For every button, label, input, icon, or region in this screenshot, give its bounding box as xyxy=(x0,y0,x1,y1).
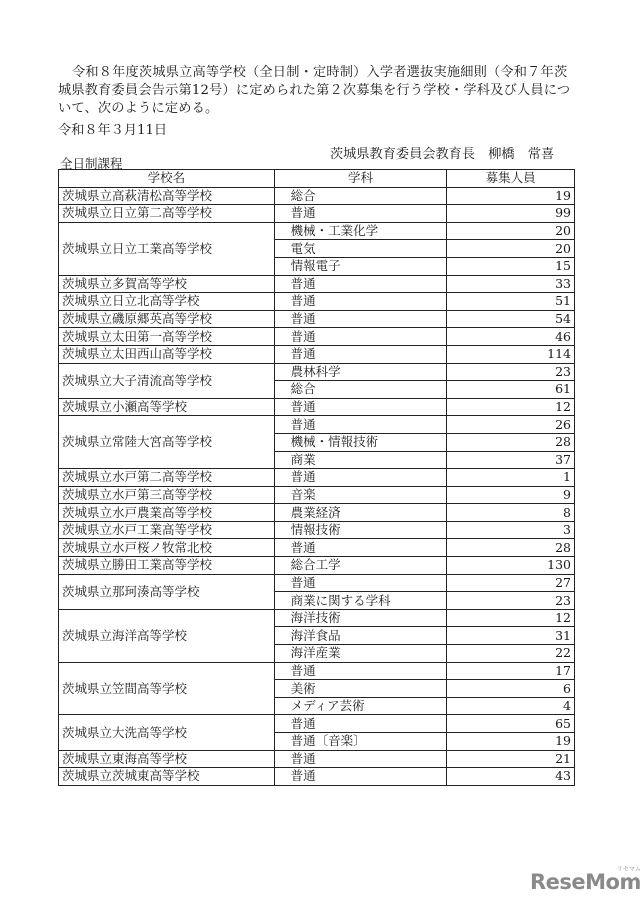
department-cell: 美術 xyxy=(274,680,447,698)
table-row: 茨城県立磯原郷英高等学校普通54 xyxy=(59,310,575,328)
department-cell: 普通 xyxy=(274,662,447,680)
school-name-cell: 茨城県立大洗高等学校 xyxy=(59,715,275,750)
table-row: 茨城県立茨城東高等学校普通43 xyxy=(59,768,575,786)
department-cell: 普通 xyxy=(274,539,447,557)
school-name-cell: 茨城県立日立北高等学校 xyxy=(59,293,275,311)
table-row: 茨城県立笠間高等学校普通17 xyxy=(59,662,575,680)
table-row: 茨城県立日立北高等学校普通51 xyxy=(59,293,575,311)
table-row: 茨城県立常陸大宮高等学校普通26 xyxy=(59,416,575,434)
logo-text: ReseMom xyxy=(530,870,640,894)
intro-paragraph: 令和８年度茨城県立高等学校（全日制・定時制）入学者選抜実施細則（令和７年茨城県教… xyxy=(58,64,578,118)
school-name-cell: 茨城県立勝田工業高等学校 xyxy=(59,557,275,575)
table-header-row: 学校名 学科 募集人員 xyxy=(59,170,575,188)
school-name-cell: 茨城県立水戸桜ノ牧常北校 xyxy=(59,539,275,557)
department-cell: 電気 xyxy=(274,240,447,258)
recruit-count-cell: 26 xyxy=(447,416,575,434)
table-row: 茨城県立那珂湊高等学校普通27 xyxy=(59,574,575,592)
recruit-count-cell: 99 xyxy=(447,205,575,223)
department-cell: 情報電子 xyxy=(274,257,447,275)
table-row: 茨城県立小瀬高等学校普通12 xyxy=(59,398,575,416)
table-row: 茨城県立日立第二高等学校普通99 xyxy=(59,205,575,223)
issue-date: 令和８年３月11日 xyxy=(58,119,167,138)
department-cell: 機械・情報技術 xyxy=(274,433,447,451)
recruit-count-cell: 20 xyxy=(447,222,575,240)
school-name-cell: 茨城県立那珂湊高等学校 xyxy=(59,574,275,609)
department-cell: 総合 xyxy=(274,381,447,399)
table-row: 茨城県立勝田工業高等学校総合工学130 xyxy=(59,557,575,575)
department-cell: 普通 xyxy=(274,205,447,223)
resemom-logo: ReseMom リセマム xyxy=(530,870,640,894)
department-cell: 普通 xyxy=(274,310,447,328)
header-school-name: 学校名 xyxy=(59,170,275,188)
school-name-cell: 茨城県立水戸第三高等学校 xyxy=(59,486,275,504)
logo-kana: リセマム xyxy=(617,864,640,873)
department-cell: 普通 xyxy=(274,416,447,434)
school-name-cell: 茨城県立多賀高等学校 xyxy=(59,275,275,293)
table-body: 茨城県立高萩清松高等学校総合19茨城県立日立第二高等学校普通99茨城県立日立工業… xyxy=(59,187,575,785)
recruit-count-cell: 15 xyxy=(447,257,575,275)
table-row: 茨城県立東海高等学校普通21 xyxy=(59,750,575,768)
table-row: 茨城県立水戸桜ノ牧常北校普通28 xyxy=(59,539,575,557)
department-cell: 総合 xyxy=(274,187,447,205)
recruit-count-cell: 21 xyxy=(447,750,575,768)
recruit-count-cell: 1 xyxy=(447,469,575,487)
recruit-count-cell: 51 xyxy=(447,293,575,311)
recruit-count-cell: 8 xyxy=(447,504,575,522)
recruit-count-cell: 17 xyxy=(447,662,575,680)
school-name-cell: 茨城県立東海高等学校 xyxy=(59,750,275,768)
recruit-count-cell: 46 xyxy=(447,328,575,346)
school-name-cell: 茨城県立日立第二高等学校 xyxy=(59,205,275,223)
recruit-count-cell: 23 xyxy=(447,363,575,381)
table-row: 茨城県立大洗高等学校普通65 xyxy=(59,715,575,733)
recruit-count-cell: 61 xyxy=(447,381,575,399)
department-cell: 普通 xyxy=(274,750,447,768)
table-row: 茨城県立多賀高等学校普通33 xyxy=(59,275,575,293)
department-cell: 普通 xyxy=(274,328,447,346)
department-cell: 普通 xyxy=(274,345,447,363)
school-name-cell: 茨城県立海洋高等学校 xyxy=(59,609,275,662)
recruit-count-cell: 4 xyxy=(447,697,575,715)
school-name-cell: 茨城県立常陸大宮高等学校 xyxy=(59,416,275,469)
department-cell: 情報技術 xyxy=(274,521,447,539)
recruit-count-cell: 27 xyxy=(447,574,575,592)
recruit-count-cell: 6 xyxy=(447,680,575,698)
department-cell: 普通 xyxy=(274,293,447,311)
school-name-cell: 茨城県立小瀬高等学校 xyxy=(59,398,275,416)
department-cell: 機械・工業化学 xyxy=(274,222,447,240)
table-row: 茨城県立水戸農業高等学校農業経済8 xyxy=(59,504,575,522)
recruit-count-cell: 22 xyxy=(447,645,575,663)
signer: 茨城県教育委員会教育長 柳橋 常喜 xyxy=(330,143,554,162)
school-name-cell: 茨城県立笠間高等学校 xyxy=(59,662,275,715)
recruit-count-cell: 9 xyxy=(447,486,575,504)
department-cell: 商業 xyxy=(274,451,447,469)
recruit-count-cell: 43 xyxy=(447,768,575,786)
recruitment-table: 学校名 学科 募集人員 茨城県立高萩清松高等学校総合19茨城県立日立第二高等学校… xyxy=(58,169,575,786)
recruit-count-cell: 28 xyxy=(447,433,575,451)
department-cell: 普通 xyxy=(274,574,447,592)
school-name-cell: 茨城県立磯原郷英高等学校 xyxy=(59,310,275,328)
recruit-count-cell: 54 xyxy=(447,310,575,328)
recruit-count-cell: 114 xyxy=(447,345,575,363)
department-cell: 普通 xyxy=(274,768,447,786)
school-name-cell: 茨城県立水戸第二高等学校 xyxy=(59,469,275,487)
department-cell: 普通 xyxy=(274,469,447,487)
department-cell: 海洋食品 xyxy=(274,627,447,645)
header-department: 学科 xyxy=(274,170,447,188)
department-cell: 普通 xyxy=(274,275,447,293)
school-name-cell: 茨城県立太田第一高等学校 xyxy=(59,328,275,346)
department-cell: メディア芸術 xyxy=(274,697,447,715)
recruit-count-cell: 28 xyxy=(447,539,575,557)
recruit-count-cell: 19 xyxy=(447,187,575,205)
recruit-count-cell: 19 xyxy=(447,733,575,751)
recruit-count-cell: 31 xyxy=(447,627,575,645)
school-name-cell: 茨城県立水戸農業高等学校 xyxy=(59,504,275,522)
department-cell: 商業に関する学科 xyxy=(274,592,447,610)
department-cell: 海洋産業 xyxy=(274,645,447,663)
school-name-cell: 茨城県立大子清流高等学校 xyxy=(59,363,275,398)
school-name-cell: 茨城県立日立工業高等学校 xyxy=(59,222,275,275)
table-row: 茨城県立太田西山高等学校普通114 xyxy=(59,345,575,363)
department-cell: 農林科学 xyxy=(274,363,447,381)
recruit-count-cell: 12 xyxy=(447,398,575,416)
recruit-count-cell: 130 xyxy=(447,557,575,575)
department-cell: 総合工学 xyxy=(274,557,447,575)
table-row: 茨城県立水戸第二高等学校普通1 xyxy=(59,469,575,487)
table-row: 茨城県立高萩清松高等学校総合19 xyxy=(59,187,575,205)
recruit-count-cell: 37 xyxy=(447,451,575,469)
recruit-count-cell: 23 xyxy=(447,592,575,610)
school-name-cell: 茨城県立高萩清松高等学校 xyxy=(59,187,275,205)
recruit-count-cell: 12 xyxy=(447,609,575,627)
department-cell: 普通 xyxy=(274,715,447,733)
school-name-cell: 茨城県立茨城東高等学校 xyxy=(59,768,275,786)
recruit-count-cell: 20 xyxy=(447,240,575,258)
table-row: 茨城県立太田第一高等学校普通46 xyxy=(59,328,575,346)
department-cell: 海洋技術 xyxy=(274,609,447,627)
department-cell: 普通 xyxy=(274,398,447,416)
department-cell: 農業経済 xyxy=(274,504,447,522)
table-row: 茨城県立水戸第三高等学校音楽9 xyxy=(59,486,575,504)
recruit-count-cell: 65 xyxy=(447,715,575,733)
school-name-cell: 茨城県立太田西山高等学校 xyxy=(59,345,275,363)
recruit-count-cell: 33 xyxy=(447,275,575,293)
department-cell: 音楽 xyxy=(274,486,447,504)
table-row: 茨城県立大子清流高等学校農林科学23 xyxy=(59,363,575,381)
department-cell: 普通〔音楽〕 xyxy=(274,733,447,751)
table-row: 茨城県立海洋高等学校海洋技術12 xyxy=(59,609,575,627)
header-recruit-count: 募集人員 xyxy=(447,170,575,188)
table-row: 茨城県立水戸工業高等学校情報技術3 xyxy=(59,521,575,539)
table-row: 茨城県立日立工業高等学校機械・工業化学20 xyxy=(59,222,575,240)
school-name-cell: 茨城県立水戸工業高等学校 xyxy=(59,521,275,539)
recruit-count-cell: 3 xyxy=(447,521,575,539)
